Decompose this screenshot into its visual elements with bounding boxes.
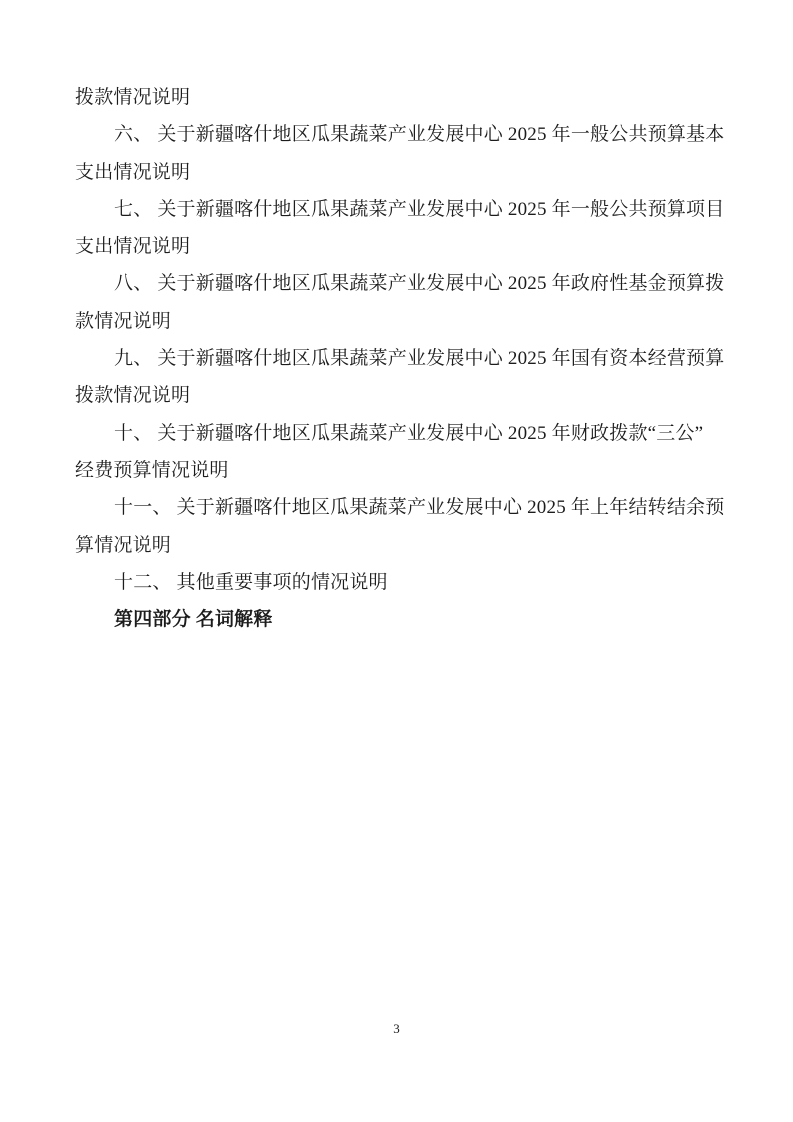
page-number: 3 (393, 1021, 400, 1036)
page-footer: 3 (0, 1020, 793, 1038)
toc-item-10: 十、 关于新疆喀什地区瓜果蔬菜产业发展中心 2025 年财政拨款“三公” (75, 415, 733, 452)
toc-item-7-continuation: 支出情况说明 (75, 228, 733, 265)
toc-item-9: 九、 关于新疆喀什地区瓜果蔬菜产业发展中心 2025 年国有资本经营预算 (75, 340, 733, 377)
toc-line-continuation-1: 拨款情况说明 (75, 79, 733, 116)
section-heading-part4: 第四部分 名词解释 (75, 601, 733, 638)
toc-item-6-continuation: 支出情况说明 (75, 154, 733, 191)
toc-item-7: 七、 关于新疆喀什地区瓜果蔬菜产业发展中心 2025 年一般公共预算项目 (75, 191, 733, 228)
toc-item-12: 十二、 其他重要事项的情况说明 (75, 564, 733, 601)
document-page: 拨款情况说明 六、 关于新疆喀什地区瓜果蔬菜产业发展中心 2025 年一般公共预… (0, 0, 793, 1122)
toc-item-6: 六、 关于新疆喀什地区瓜果蔬菜产业发展中心 2025 年一般公共预算基本 (75, 116, 733, 153)
toc-item-9-continuation: 拨款情况说明 (75, 377, 733, 414)
toc-item-11: 十一、 关于新疆喀什地区瓜果蔬菜产业发展中心 2025 年上年结转结余预 (75, 489, 733, 526)
toc-item-8-continuation: 款情况说明 (75, 303, 733, 340)
toc-item-10-continuation: 经费预算情况说明 (75, 452, 733, 489)
toc-item-8: 八、 关于新疆喀什地区瓜果蔬菜产业发展中心 2025 年政府性基金预算拨 (75, 265, 733, 302)
document-body: 拨款情况说明 六、 关于新疆喀什地区瓜果蔬菜产业发展中心 2025 年一般公共预… (75, 79, 733, 638)
toc-item-11-continuation: 算情况说明 (75, 527, 733, 564)
